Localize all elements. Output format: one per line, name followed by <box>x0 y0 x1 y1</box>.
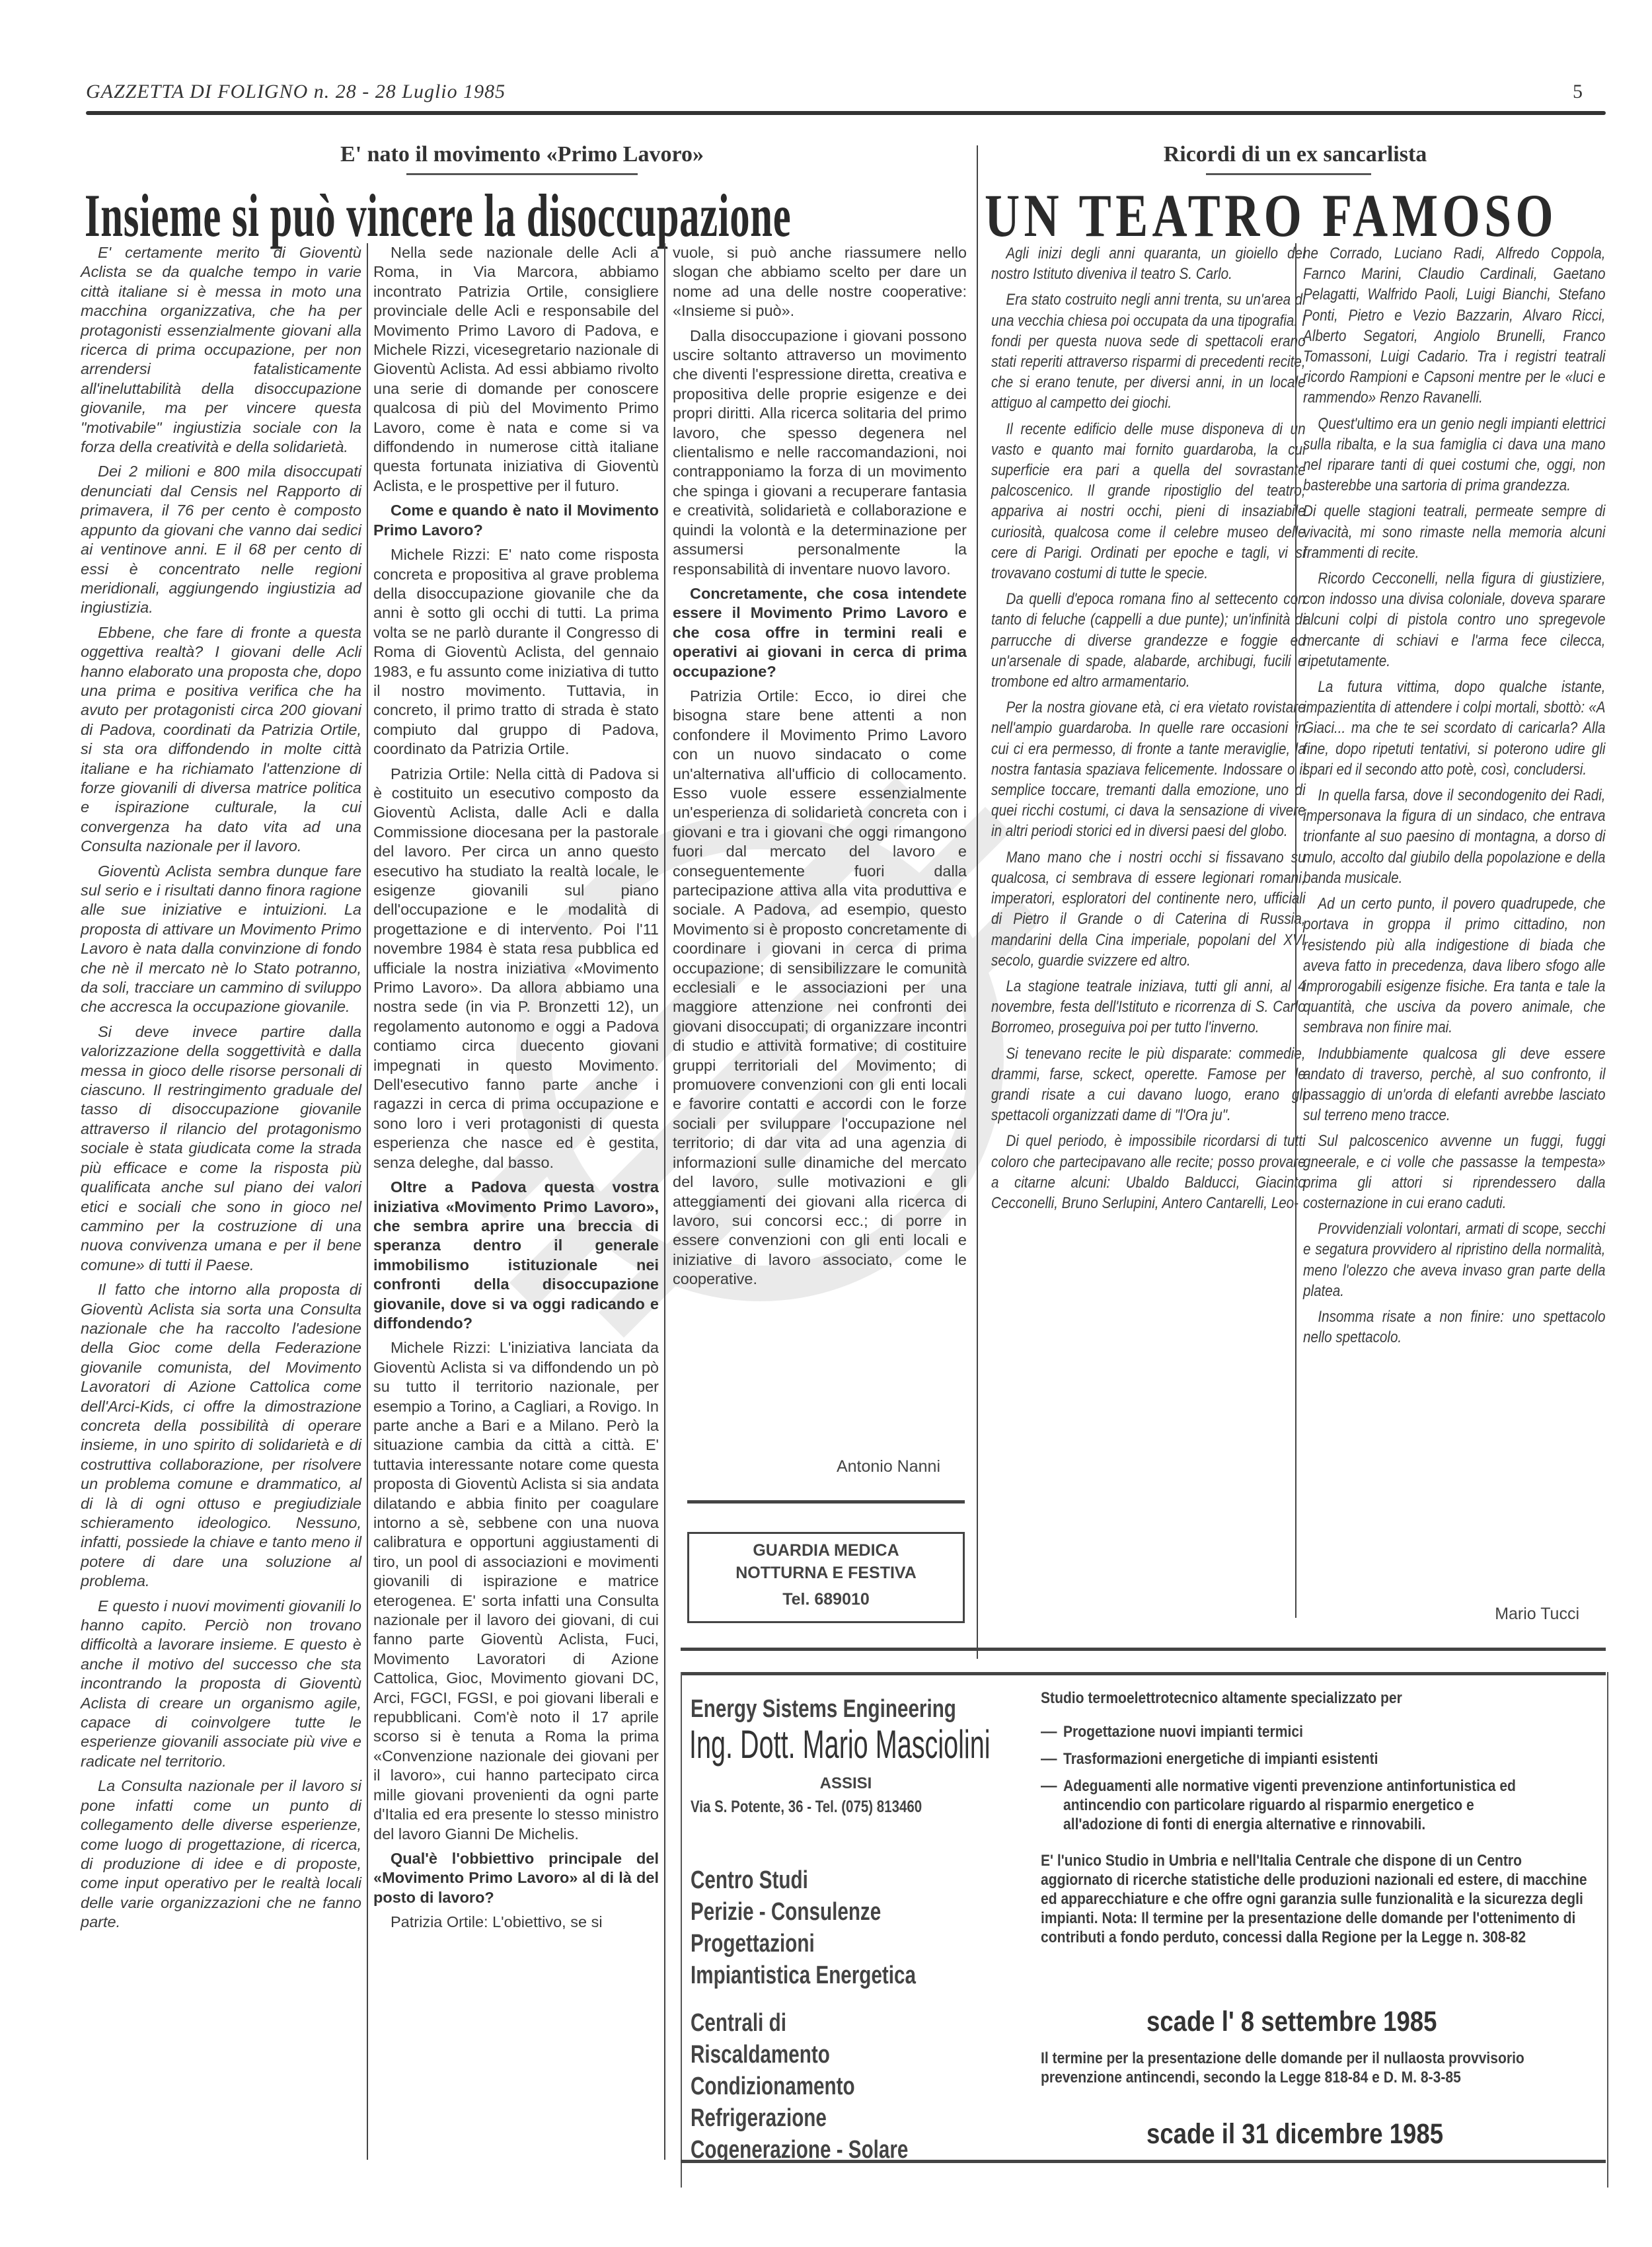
ad-body: E' l'unico Studio in Umbria e nell'Itali… <box>1041 1851 1595 1947</box>
paragraph: La Consulta nazionale per il lavoro si p… <box>81 1776 361 1932</box>
ad-deadline-1: scade l' 8 settembre 1985 <box>1146 2006 1437 2038</box>
guardia-medica-box: GUARDIA MEDICA NOTTURNA E FESTIVA Tel. 6… <box>687 1532 965 1623</box>
ad-intro: Studio termoelettrotecnico altamente spe… <box>1041 1689 1595 1708</box>
ad-bullets: —Progettazione nuovi impianti termici—Tr… <box>1041 1722 1596 1834</box>
paragraph: Di quel periodo, è impossibile ricordars… <box>991 1131 1306 1213</box>
ad-body-2-wrap: Il termine per la presentazione delle do… <box>1041 2049 1596 2087</box>
ad-address: Via S. Potente, 36 - Tel. (075) 813460 <box>691 1798 922 1817</box>
article2-column-2: ne Corrado, Luciano Radi, Alfredo Coppol… <box>1303 243 1606 1348</box>
ad-bullet-item: —Progettazione nuovi impianti termici <box>1041 1722 1596 1741</box>
guardia-medica-phone: Tel. 689010 <box>689 1588 963 1611</box>
paragraph: Dalla disoccupazione i giovani possono u… <box>673 326 967 579</box>
kicker-rule <box>406 173 638 175</box>
paragraph: Mano mano che i nostri occhi si fissavan… <box>991 847 1306 971</box>
article2-signature: Mario Tucci <box>1303 1605 1606 1624</box>
paragraph: Michele Rizzi: E' nato come risposta con… <box>373 545 659 759</box>
paragraph: Il recente edificio delle muse disponeva… <box>991 419 1306 584</box>
interview-question: Come e quando è nato il Movimento Primo … <box>373 501 659 540</box>
paragraph: Agli inizi degli anni quaranta, un gioie… <box>991 243 1306 284</box>
paragraph: Di quelle stagioni teatrali, permeate se… <box>1303 501 1606 563</box>
page-number: 5 <box>1573 81 1583 103</box>
article2-kicker: Ricordi di un ex sancarlista <box>985 142 1606 167</box>
kicker-rule <box>1206 173 1371 175</box>
paragraph: Il fatto che intorno alla proposta di Gi… <box>81 1280 361 1591</box>
paragraph: Nella sede nazionale delle Acli a Roma, … <box>373 243 659 496</box>
paragraph: La stagione teatrale iniziava, tutti gli… <box>991 976 1306 1038</box>
ad-deadline-2: scade il 31 dicembre 1985 <box>1146 2118 1443 2151</box>
guardia-medica-subtitle: NOTTURNA E FESTIVA <box>689 1562 963 1584</box>
column-divider <box>367 243 368 2160</box>
article1-signature: Antonio Nanni <box>673 1457 967 1476</box>
article2-column-1: Agli inizi degli anni quaranta, un gioie… <box>991 243 1306 1213</box>
divider-rule <box>687 1500 965 1504</box>
ad-bullet-item: —Adeguamenti alle normative vigenti prev… <box>1041 1776 1596 1834</box>
paragraph: Sul palcoscenico avvenne un fuggi, fuggi… <box>1303 1131 1606 1213</box>
paragraph: E questo i nuovi movimenti giovanili lo … <box>81 1597 361 1772</box>
ad-service-item: Riscaldamento <box>691 2041 916 2070</box>
ad-bullet-text: Trasformazioni energetiche di impianti e… <box>1063 1749 1521 1769</box>
ad-description: Studio termoelettrotecnico altamente spe… <box>1041 1689 1596 1947</box>
masthead-rule <box>86 111 1606 115</box>
dash-bullet-icon: — <box>1041 1749 1063 1769</box>
paragraph: Ebbene, che fare di fronte a questa ogge… <box>81 623 361 857</box>
ad-top-rule <box>681 1648 1606 1651</box>
ad-body-2: Il termine per la presentazione delle do… <box>1041 2049 1595 2087</box>
interview-question: Oltre a Padova questa vostra iniziativa … <box>373 1178 659 1333</box>
ad-city: ASSISI <box>691 1774 1001 1793</box>
paragraph: Indubbiamente qualcosa gli deve essere a… <box>1303 1044 1606 1126</box>
ad-service-item: Cogenerazione - Solare <box>691 2136 916 2165</box>
ad-service-item: Progettazioni <box>691 1930 916 1959</box>
ad-company-name: Energy Sistems Engineering <box>691 1695 956 1724</box>
paragraph: E' certamente merito di Gioventù Aclista… <box>81 243 361 457</box>
paragraph: vuole, si può anche riassumere nello slo… <box>673 243 967 321</box>
paragraph: Dei 2 milioni e 800 mila disoccupati den… <box>81 462 361 617</box>
ad-engineer-name: Ing. Dott. Mario Masciolini <box>689 1722 991 1767</box>
ad-service-item: Impiantistica Energetica <box>691 1961 916 1991</box>
article1-column-2: Nella sede nazionale delle Acli a Roma, … <box>373 243 659 1938</box>
paragraph: Michele Rizzi: L'iniziativa lanciata da … <box>373 1338 659 1844</box>
article1-column-1: E' certamente merito di Gioventù Aclista… <box>81 243 361 1938</box>
interview-question: Concretamente, che cosa intendete essere… <box>673 584 967 681</box>
paragraph: La futura vittima, dopo qualche istante,… <box>1303 677 1606 780</box>
paragraph: Quest'ultimo era un genio negli impianti… <box>1303 414 1606 496</box>
paragraph: Per la nostra giovane età, ci era vietat… <box>991 697 1306 841</box>
ad-service-item: Refrigerazione <box>691 2104 916 2133</box>
column-divider <box>664 243 665 2160</box>
ad-bullet-text: Adeguamenti alle normative vigenti preve… <box>1063 1776 1521 1834</box>
article1-kicker: E' nato il movimento «Primo Lavoro» <box>79 142 965 167</box>
article2-column-1-wrap: Agli inizi degli anni quaranta, un gioie… <box>991 243 1306 1219</box>
paragraph: Ad un certo punto, il povero quadrupede,… <box>1303 894 1606 1038</box>
ad-bullet-text: Progettazione nuovi impianti termici <box>1063 1722 1521 1741</box>
paragraph: Era stato costruito negli anni trenta, s… <box>991 289 1306 413</box>
dash-bullet-icon: — <box>1041 1776 1063 1834</box>
paragraph: Si tenevano recite le più disparate: com… <box>991 1044 1306 1126</box>
interview-question: Qual'è l'obbiettivo principale del «Movi… <box>373 1849 659 1907</box>
article1-column-3: vuole, si può anche riassumere nello slo… <box>673 243 967 1295</box>
paragraph: Patrizia Ortile: L'obiettivo, se si <box>373 1913 659 1932</box>
section-divider <box>977 145 978 1659</box>
ad-bullet-item: —Trasformazioni energetiche di impianti … <box>1041 1749 1596 1769</box>
article2-headline: UN TEATRO FAMOSO <box>985 185 1558 246</box>
dash-bullet-icon: — <box>1041 1722 1063 1741</box>
paragraph: Si deve invece partire dalla valorizzazi… <box>81 1022 361 1275</box>
ad-service-item: Centro Studi <box>691 1866 916 1895</box>
paragraph: Da quelli d'epoca romana fino al settece… <box>991 589 1306 692</box>
paragraph: Gioventù Aclista sembra dunque fare sul … <box>81 862 361 1017</box>
article2-column-2-wrap: ne Corrado, Luciano Radi, Alfredo Coppol… <box>1303 243 1606 1353</box>
masthead: GAZZETTA DI FOLIGNO n. 28 - 28 Luglio 19… <box>86 81 506 103</box>
ad-service-item: Centrali di <box>691 2009 916 2038</box>
paragraph: ne Corrado, Luciano Radi, Alfredo Coppol… <box>1303 243 1606 408</box>
paragraph: Insomma risate a non finire: uno spettac… <box>1303 1307 1606 1348</box>
ad-service-item: Perizie - Consulenze <box>691 1898 916 1927</box>
paragraph: In quella farsa, dove il secondogenito d… <box>1303 785 1606 888</box>
paragraph: Provvidenziali volontari, armati di scop… <box>1303 1219 1606 1301</box>
guardia-medica-title: GUARDIA MEDICA <box>689 1539 963 1562</box>
article1-headline: Insieme si può vincere la disoccupazione <box>85 185 791 246</box>
paragraph: Patrizia Ortile: Ecco, io direi che biso… <box>673 687 967 1289</box>
ad-services-list: Centro StudiPerizie - ConsulenzeProgetta… <box>691 1864 979 2165</box>
ad-service-item: Condizionamento <box>691 2073 916 2102</box>
column-divider <box>1295 243 1296 1618</box>
paragraph: Patrizia Ortile: Nella città di Padova s… <box>373 765 659 1173</box>
paragraph: Ricordo Cecconelli, nella figura di gius… <box>1303 568 1606 671</box>
